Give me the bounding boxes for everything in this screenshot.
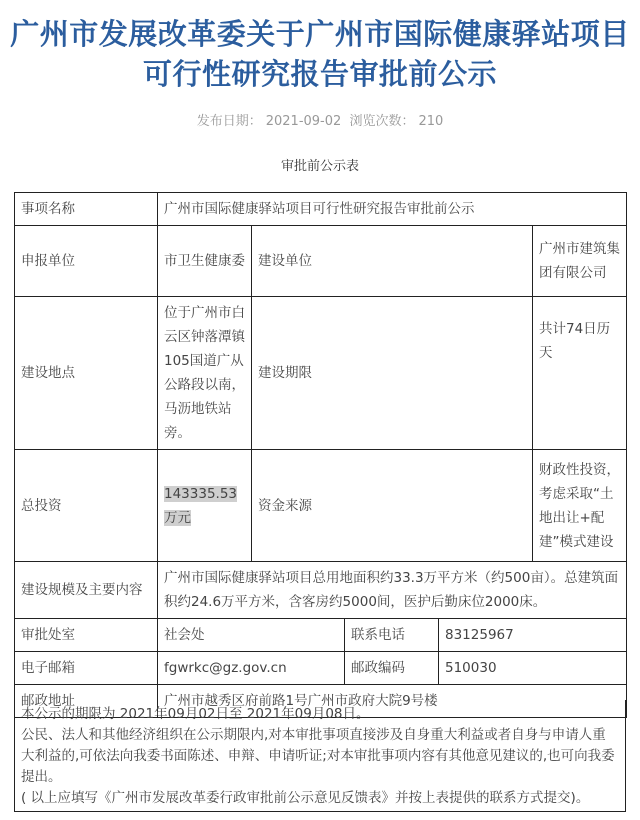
value-item-name: 广州市国际健康驿站项目可行性研究报告审批前公示 xyxy=(158,193,627,226)
value-applicant: 市卫生健康委 xyxy=(158,226,252,297)
views-label: 浏览次数： xyxy=(349,114,414,129)
value-office: 社会处 xyxy=(158,619,345,652)
table-row: 电子邮箱 fgwrkc@gz.gov.cn 邮政编码 510030 xyxy=(15,652,627,685)
label-fund-source: 资金来源 xyxy=(252,450,533,562)
views-count: 210 xyxy=(418,114,443,129)
label-office: 审批处室 xyxy=(15,619,158,652)
table-row: 建设规模及主要内容 广州市国际健康驿站项目总用地面积约33.3万平方米（约500… xyxy=(15,562,627,619)
table-row: 总投资 143335.53万元 资金来源 财政性投资，考虑采取“土地出让+配建”… xyxy=(15,450,627,562)
value-location: 位于广州市白云区钟落潭镇105国道广从公路段以南，马沥地铁站旁。 xyxy=(158,297,252,450)
page-title: 广州市发展改革委关于广州市国际健康驿站项目可行性研究报告审批前公示 xyxy=(0,14,640,94)
article-meta: 发布日期：2021-09-02 浏览次数：210 xyxy=(0,112,640,132)
table-row: 事项名称 广州市国际健康驿站项目可行性研究报告审批前公示 xyxy=(15,193,627,226)
value-fund-source: 财政性投资，考虑采取“土地出让+配建”模式建设 xyxy=(533,450,627,562)
publicity-table: 事项名称 广州市国际健康驿站项目可行性研究报告审批前公示 申报单位 市卫生健康委… xyxy=(14,192,627,718)
notice-period: 本公示的期限为 2021年09月02日至 2021年09月08日。 xyxy=(21,704,619,725)
label-scale: 建设规模及主要内容 xyxy=(15,562,158,619)
label-investment: 总投资 xyxy=(15,450,158,562)
table-row: 申报单位 市卫生健康委 建设单位 广州市建筑集团有限公司 xyxy=(15,226,627,297)
value-email[interactable]: fgwrkc@gz.gov.cn xyxy=(158,652,345,685)
label-applicant: 申报单位 xyxy=(15,226,158,297)
notice-box: 本公示的期限为 2021年09月02日至 2021年09月08日。 公民、法人和… xyxy=(14,700,626,812)
value-period: 共计74日历天 xyxy=(533,297,627,450)
label-postcode: 邮政编码 xyxy=(345,652,439,685)
investment-amount: 143335.53万元 xyxy=(164,486,237,526)
publish-date-label: 发布日期： xyxy=(197,114,262,129)
value-postcode: 510030 xyxy=(439,652,627,685)
table-caption: 审批前公示表 xyxy=(0,157,640,177)
label-email: 电子邮箱 xyxy=(15,652,158,685)
notice-rights: 公民、法人和其他经济组织在公示期限内,对本审批事项直接涉及自身重大利益或者自身与… xyxy=(21,725,619,788)
label-period: 建设期限 xyxy=(252,297,533,450)
label-construction-unit: 建设单位 xyxy=(252,226,533,297)
publish-date: 2021-09-02 xyxy=(266,114,342,129)
label-phone: 联系电话 xyxy=(345,619,439,652)
label-item-name: 事项名称 xyxy=(15,193,158,226)
notice-submission: ( 以上应填写《广州市发展改革委行政审批前公示意见反馈表》并按上表提供的联系方式… xyxy=(21,788,619,809)
value-phone: 83125967 xyxy=(439,619,627,652)
table-row: 审批处室 社会处 联系电话 83125967 xyxy=(15,619,627,652)
label-location: 建设地点 xyxy=(15,297,158,450)
value-investment: 143335.53万元 xyxy=(158,450,252,562)
value-scale: 广州市国际健康驿站项目总用地面积约33.3万平方米（约500亩）。总建筑面积约2… xyxy=(158,562,627,619)
table-row: 建设地点 位于广州市白云区钟落潭镇105国道广从公路段以南，马沥地铁站旁。 建设… xyxy=(15,297,627,450)
value-construction-unit: 广州市建筑集团有限公司 xyxy=(533,226,627,297)
